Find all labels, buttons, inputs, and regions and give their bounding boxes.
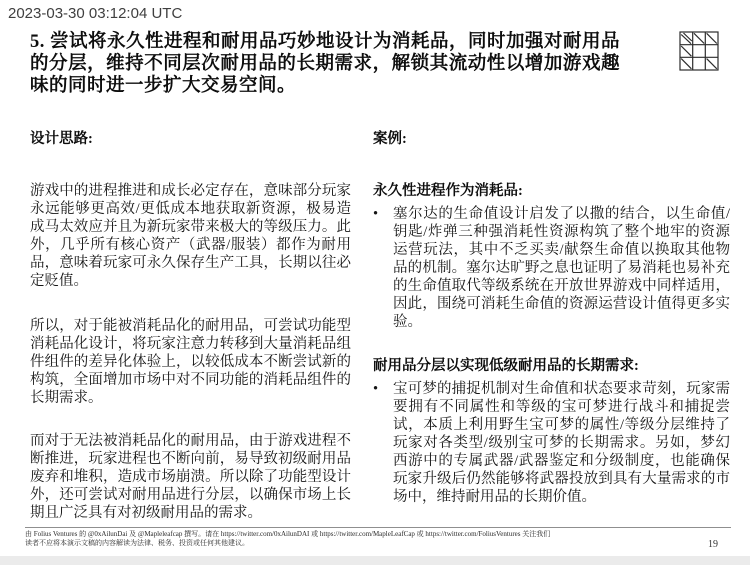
cases-column: 案例: 永久性进程作为消耗品: • 塞尔达的生命值设计启发了以撒的结合，以生命值… [373, 130, 730, 506]
folius-ventures-grid-logo [679, 30, 719, 72]
footer-divider [25, 527, 731, 528]
design-ideas-column: 设计思路: 游戏中的进程推进和成长必定存在，意味部分玩家永远能够更高效/更低成本… [30, 130, 351, 522]
bullet-icon: • [373, 205, 393, 331]
design-paragraph-3: 而对于无法被消耗品化的耐用品，由于游戏进程不断推进，玩家进程也不断向前，易导致初… [30, 432, 351, 522]
design-paragraph-1: 游戏中的进程推进和成长必定存在，意味部分玩家永远能够更高效/更低成本地获取新资源… [30, 182, 351, 290]
case-section-durable-tiering: 耐用品分层以实现低级耐用品的长期需求: • 宝可梦的捕捉机制对生命值和状态要求苛… [373, 357, 730, 506]
case-bullet-row: • 宝可梦的捕捉机制对生命值和状态要求苛刻，玩家需要拥有不同属性和等级的宝可梦进… [373, 380, 730, 506]
design-ideas-heading: 设计思路: [30, 130, 351, 148]
case-bullet-row: • 塞尔达的生命值设计启发了以撒的结合，以生命值/钥匙/炸弹三种强消耗性资源构筑… [373, 205, 730, 331]
case-bullet-1-text: 塞尔达的生命值设计启发了以撒的结合，以生命值/钥匙/炸弹三种强消耗性资源构筑了整… [393, 205, 730, 331]
case-section-permanent-progress: 永久性进程作为消耗品: • 塞尔达的生命值设计启发了以撒的结合，以生命值/钥匙/… [373, 182, 730, 331]
slide-page: 2023-03-30 03:12:04 UTC 5. 尝试将永久性进程和耐用品巧… [0, 0, 750, 565]
case-bullet-2-text: 宝可梦的捕捉机制对生命值和状态要求苛刻，玩家需要拥有不同属性和等级的宝可梦进行战… [393, 380, 730, 506]
footer-disclaimer: 读者不应将本演示文稿的内容解读为法律、税务、投资或任何其他建议。 [25, 539, 731, 548]
bullet-icon: • [373, 380, 393, 506]
timestamp: 2023-03-30 03:12:04 UTC [8, 5, 182, 22]
cases-heading: 案例: [373, 130, 730, 148]
case-subheading-2: 耐用品分层以实现低级耐用品的长期需求: [373, 357, 730, 375]
bottom-edge-strip [0, 556, 750, 565]
page-number: 19 [708, 539, 718, 550]
footer-credits: 由 Folius Ventures 的 @0xAilunDai 及 @Maple… [25, 530, 731, 539]
design-paragraph-2: 所以，对于能被消耗品化的耐用品，可尝试功能型消耗品化设计，将玩家注意力转移到大量… [30, 317, 351, 407]
slide-title: 5. 尝试将永久性进程和耐用品巧妙地设计为消耗品，同时加强对耐用品的分层，维持不… [30, 31, 620, 97]
case-subheading-1: 永久性进程作为消耗品: [373, 182, 730, 200]
